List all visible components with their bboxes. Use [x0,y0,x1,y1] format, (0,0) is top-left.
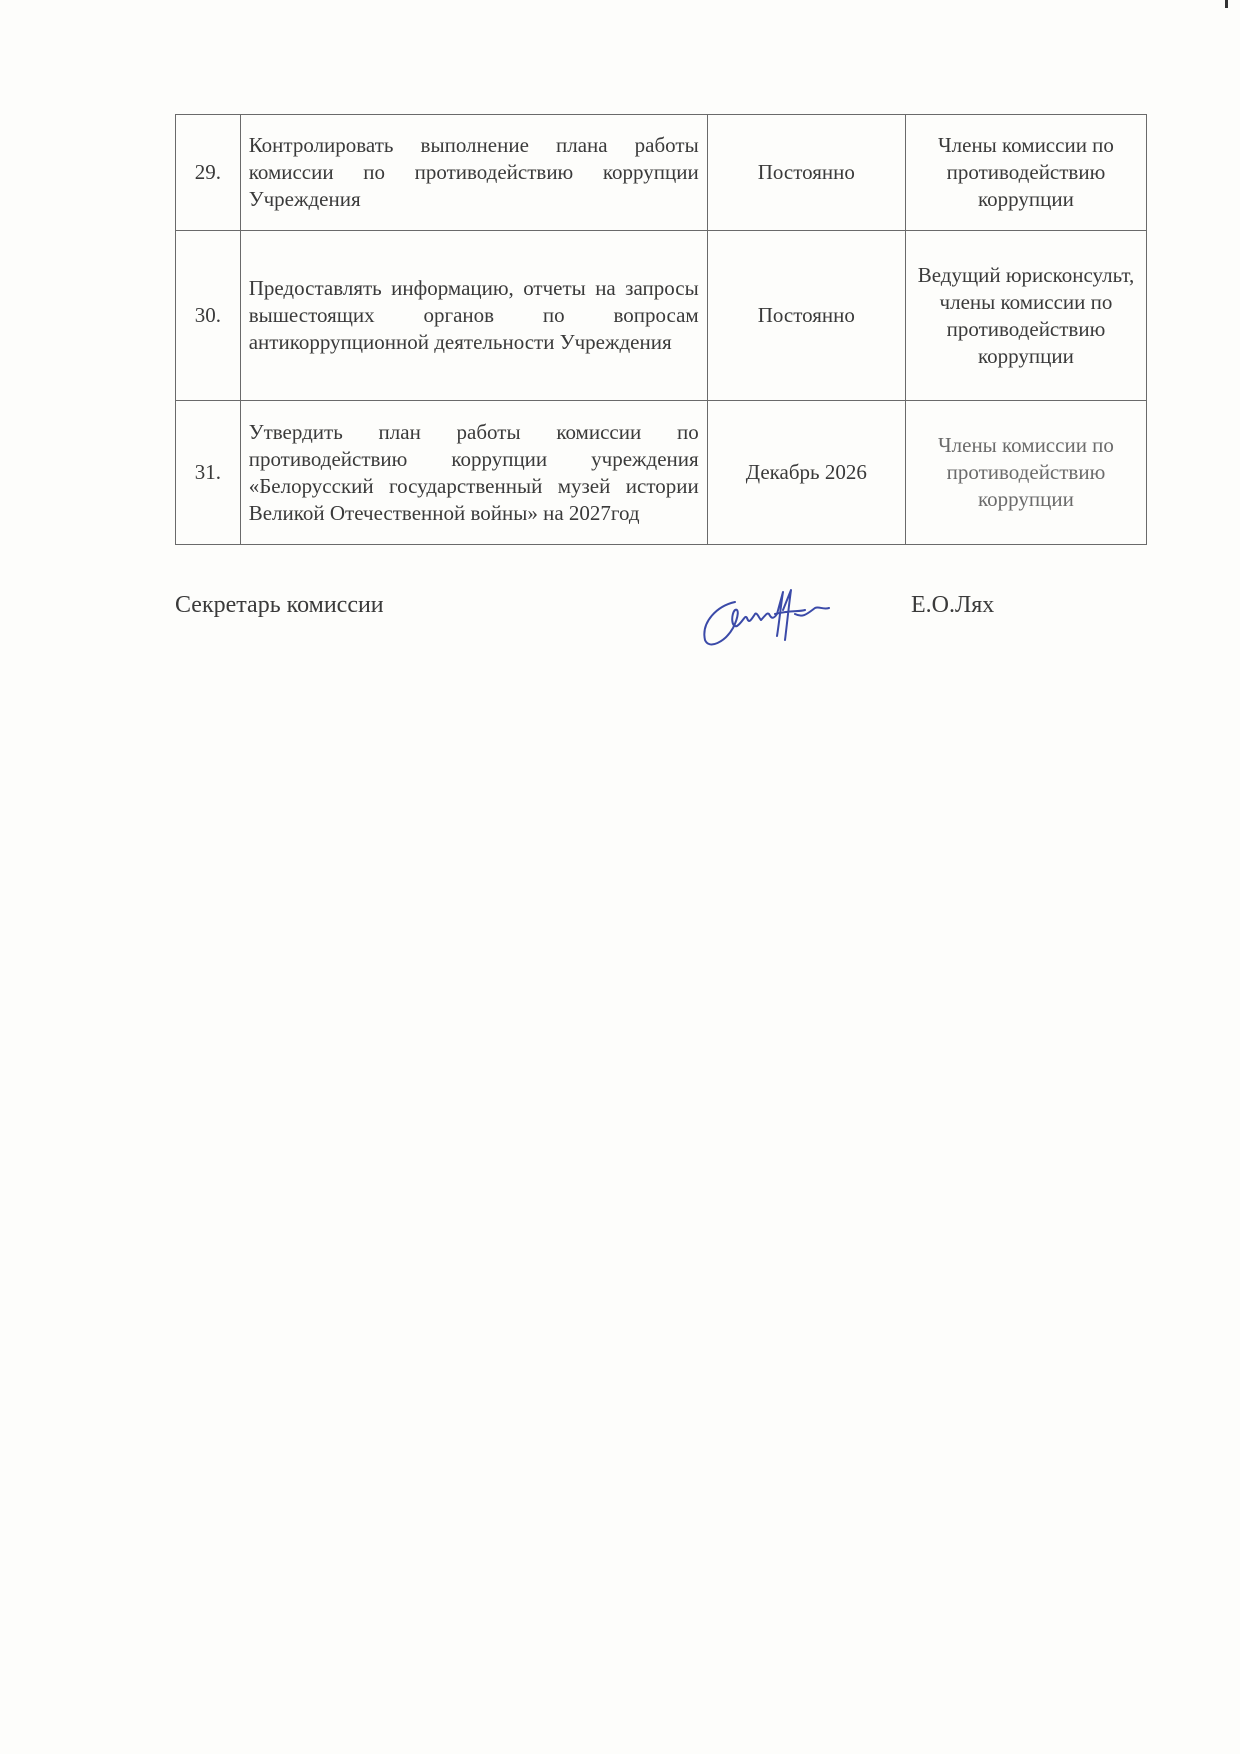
row-number: 29. [176,115,241,231]
action-plan-table: 29. Контролировать выполнение плана рабо… [175,114,1147,545]
row-number: 30. [176,231,241,401]
responsible-cell: Ведущий юрисконсульт, члены комиссии по … [905,231,1146,401]
responsible-cell: Члены комиссии по противодействию корруп… [905,401,1146,545]
deadline-cell: Постоянно [707,231,905,401]
scan-artifact [1225,0,1228,8]
row-number: 31. [176,401,241,545]
table-row: 30. Предоставлять информацию, отчеты на … [176,231,1147,401]
signatory-name: Е.О.Лях [911,592,994,619]
responsible-cell: Члены комиссии по противодействию корруп… [905,115,1146,231]
deadline-cell: Декабрь 2026 [707,401,905,545]
signature-block: Секретарь комиссии Е.О.Лях [175,590,1055,650]
task-cell: Контролировать выполнение плана работы к… [240,115,707,231]
table-row: 29. Контролировать выполнение плана рабо… [176,115,1147,231]
task-cell: Утвердить план работы комиссии по против… [240,401,707,545]
deadline-cell: Постоянно [707,115,905,231]
handwritten-signature-icon [695,584,845,654]
signatory-role: Секретарь комиссии [175,592,384,619]
task-cell: Предоставлять информацию, отчеты на запр… [240,231,707,401]
table-row: 31. Утвердить план работы комиссии по пр… [176,401,1147,545]
